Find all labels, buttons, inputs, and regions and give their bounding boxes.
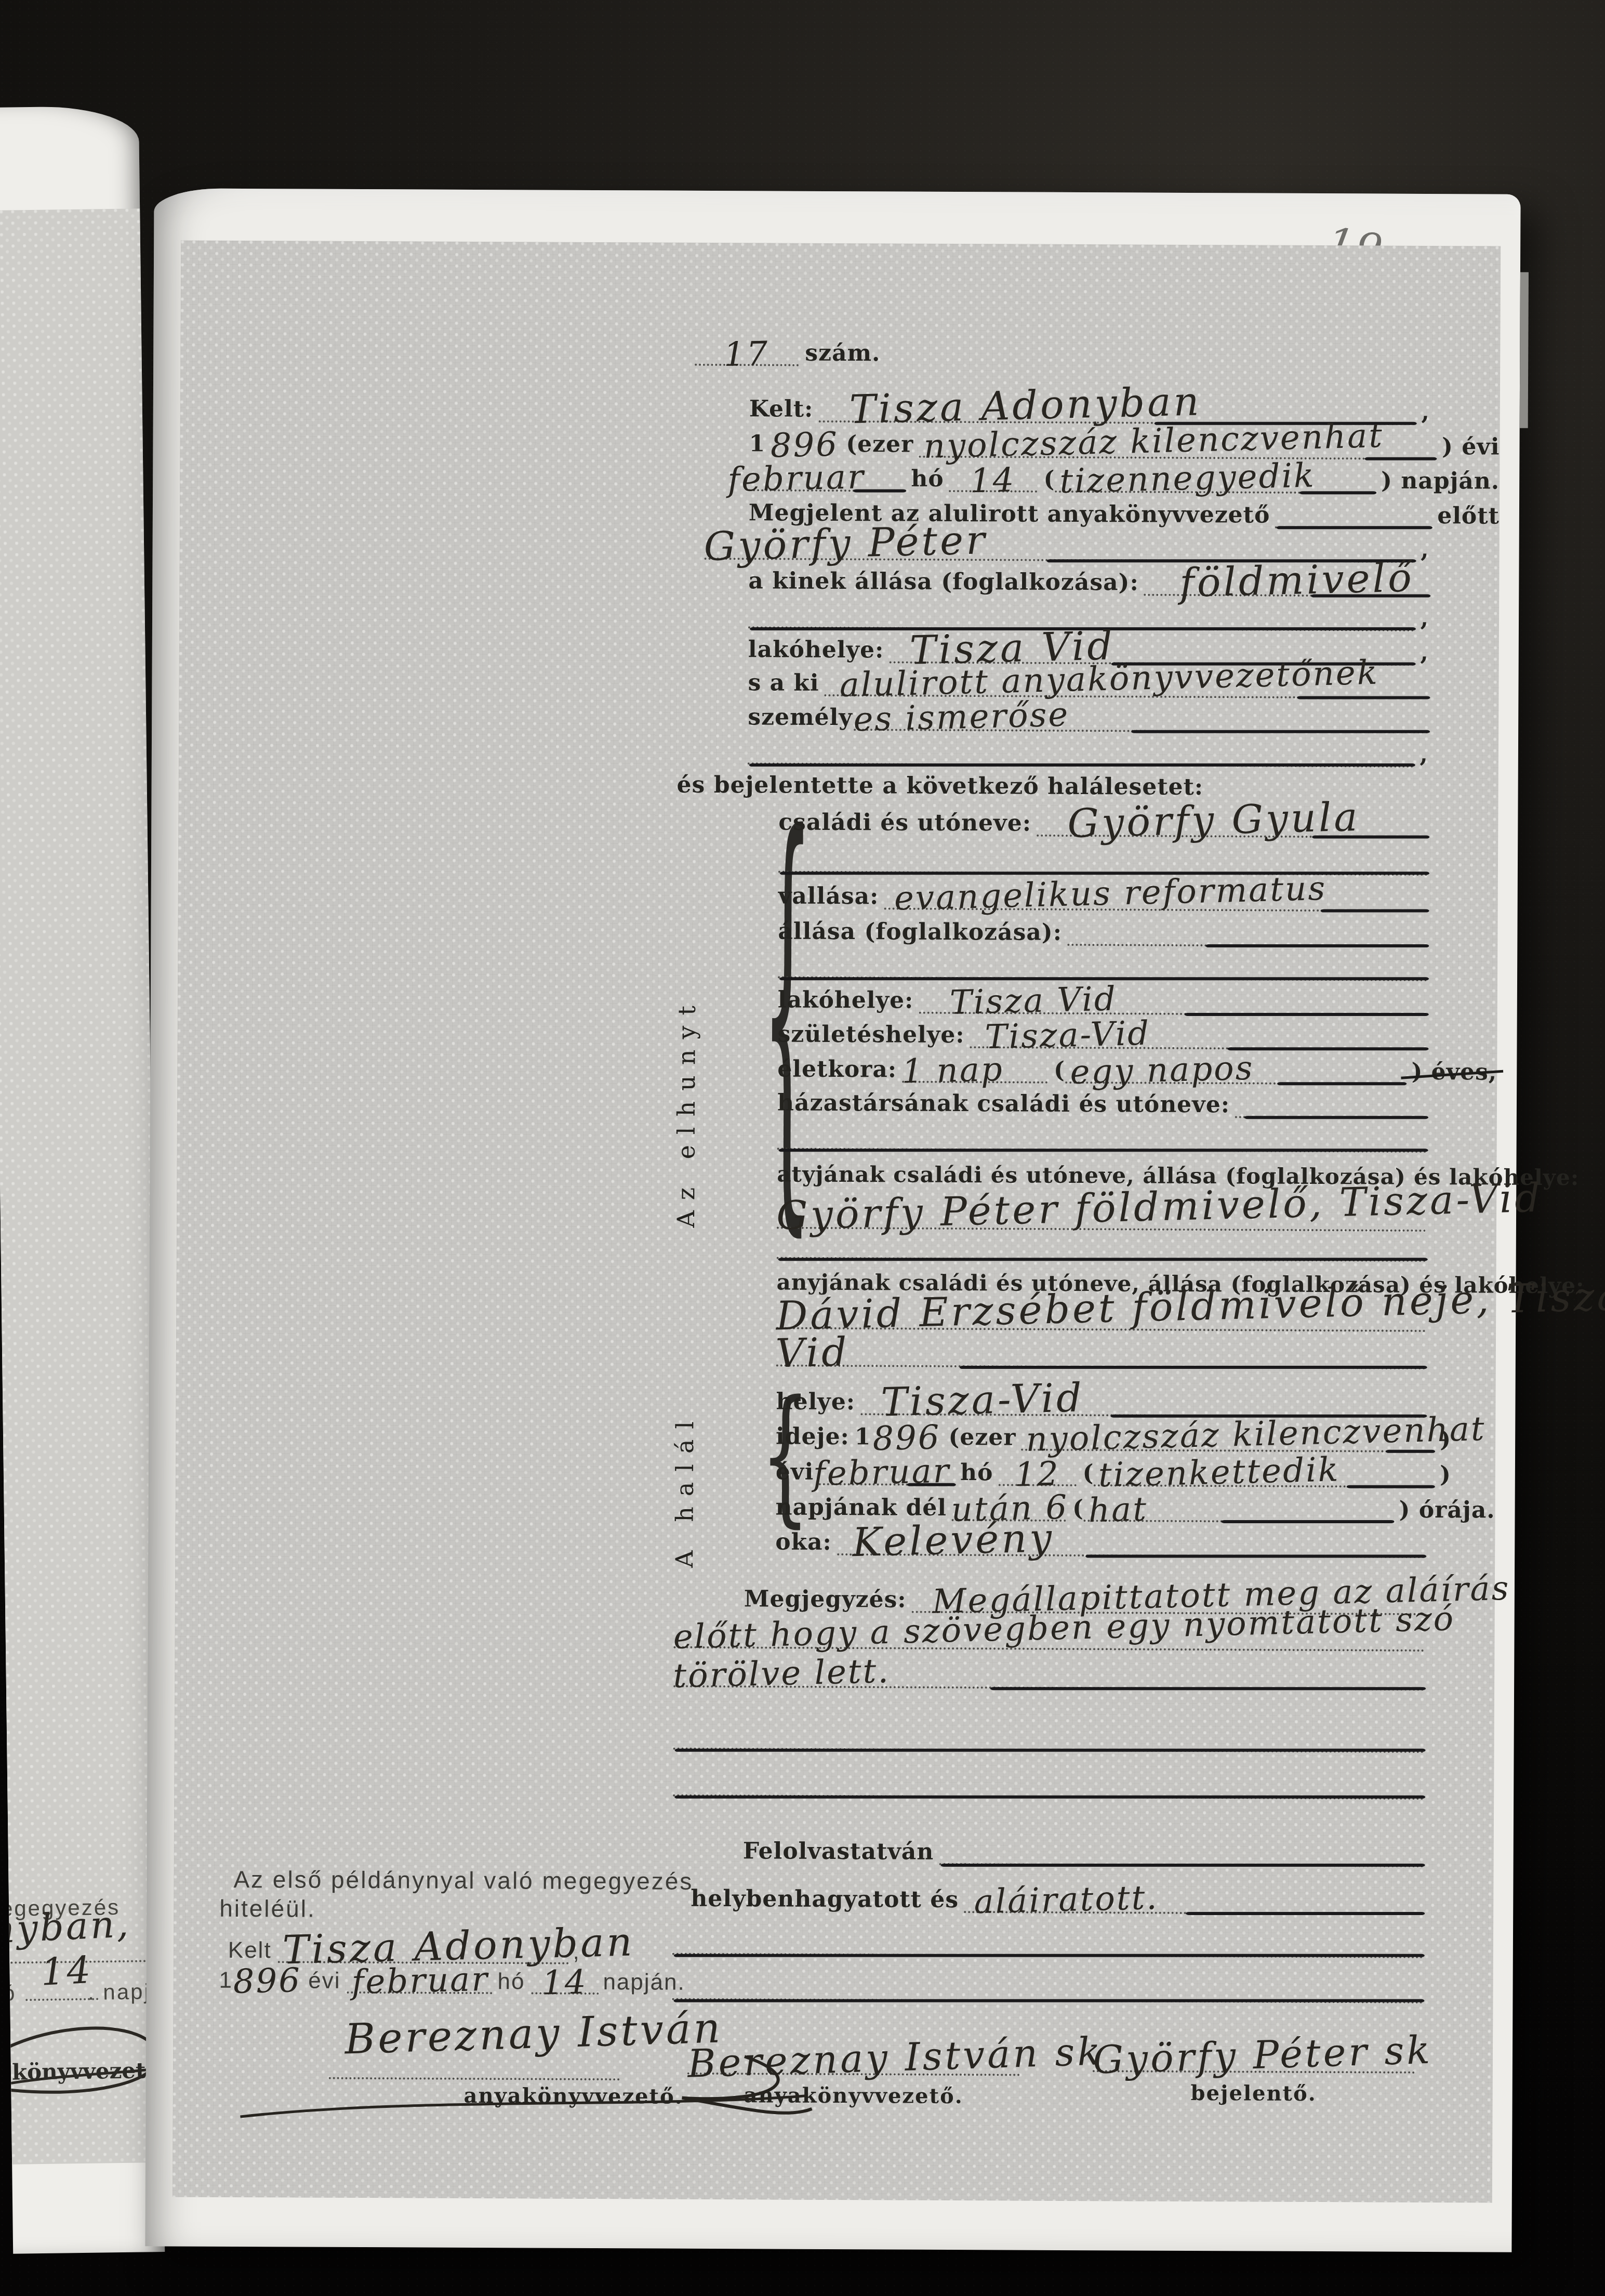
label-death-time: ideje: (776, 1424, 855, 1450)
field-row-age: életkora: 1 nap ( egy napos ) éves, (777, 1048, 1497, 1086)
label-oraja: ) órája. (1393, 1498, 1495, 1524)
label-felolvastatvan: Felolvastatván (743, 1839, 939, 1865)
line-death-year-words: nyolczszáz kilenczvenhat (1021, 1415, 1434, 1453)
hw-age-words: egy napos (1069, 1054, 1254, 1087)
blank-row-5 (777, 1116, 1427, 1153)
certify-hw-month: februar (351, 1965, 489, 1997)
field-row-death-year: ideje: 1 896 (ezer nyolczszáz kilenczven… (776, 1416, 1451, 1453)
label-death-day-close: ) (1434, 1463, 1451, 1488)
label-reporter-role: bejelentő. (1093, 2082, 1415, 2105)
line-occupation: földmivelő (1144, 560, 1429, 597)
label-residence: lakóhelye: (748, 638, 890, 663)
label-evi-close: ) évi (1436, 435, 1500, 460)
label-death-ho: hó (954, 1461, 999, 1486)
line-death-hour-words: hat (1084, 1485, 1393, 1523)
hw-day-words: tizennegyedik (1059, 461, 1316, 496)
blank-line-3 (778, 837, 1428, 876)
hw-saki: alulirott anyakönyvvezetőnek (839, 658, 1379, 700)
hw-death-day-words: tizenkettedik (1098, 1456, 1340, 1489)
field-row-religion: vallása: evangelikus reformatus (778, 875, 1428, 912)
field-row-deceased-name: családi és utóneve: Györfy Gyula (778, 801, 1428, 838)
certify-line-day: 14 (531, 1958, 599, 1995)
hw-signature-reporter: Györfy Péter sk (1092, 2033, 1433, 2078)
line-day-words: tizennegyedik (1055, 456, 1375, 494)
hw-alairatott: aláiratott. (974, 1883, 1159, 1916)
certify-label-ho: hó (492, 1970, 531, 1994)
row-mother-value-1: Dávid Erzsébet földmivelő neje, Tisza (776, 1295, 1426, 1332)
label-ezer: (ezer (839, 432, 919, 458)
hw-month: februar (727, 463, 865, 495)
side-label-halal: A halál (672, 1411, 697, 1568)
label-cause: oka: (775, 1530, 837, 1555)
line-deceased-name: Györfy Gyula (1037, 800, 1428, 838)
label-remark: Megjegyzés: (744, 1587, 912, 1613)
form-area: 17 szám. Kelt: Tisza Adonyban , 1 896 (e… (173, 241, 1501, 2203)
field-row-record-number: 17 szám. (695, 332, 954, 367)
blank-row-8 (673, 1762, 1424, 1800)
line-remark-3: törölve lett. (673, 1651, 1424, 1691)
field-row-death-cause: oka: Kelevény (775, 1521, 1425, 1558)
label-saki: s a ki (748, 671, 824, 696)
certify-hw-year: 896 (233, 1967, 302, 1996)
field-row-death-place: helye: Tisza-Vid (776, 1381, 1425, 1418)
line-deceased-occupation (1067, 909, 1428, 947)
label-religion: vallása: (778, 884, 884, 909)
blank-line-6 (777, 1223, 1426, 1262)
residence-comma: , (1414, 641, 1429, 666)
line-month: februar (749, 455, 905, 492)
field-row-saki: s a ki alulirott anyakönyvvezetőnek (748, 662, 1428, 699)
label-death-ezer: (ezer (941, 1426, 1021, 1451)
blank-line-2 (748, 728, 1414, 768)
label-eves-struck: ) éves, (1405, 1060, 1497, 1086)
blank-row-7 (673, 1716, 1424, 1753)
field-row-birthplace: születéshelye: Tisza-Vid (777, 1013, 1427, 1050)
line-age-words: egy napos (1065, 1047, 1405, 1085)
field-row-year: 1 896 (ezer nyolczszáz kilenczvenhat ) é… (749, 423, 1500, 460)
hw-kelt-place: Tisza Adonyban (849, 385, 1202, 427)
certify-role-label: anyakönyvvezető. (464, 2086, 683, 2107)
label-age-open-paren: ( (1047, 1059, 1065, 1084)
label-death-day-open: ( (1076, 1461, 1094, 1486)
certify-row-date: 1 896 évi februar hó 14 napján. (219, 1959, 687, 1995)
hw-reporter-name: Györfy Péter (704, 523, 988, 563)
line-age: 1 nap (902, 1047, 1047, 1084)
line-spouse (1235, 1081, 1427, 1119)
previous-page-pattern (0, 208, 164, 2164)
hw-deceased-name: Györfy Gyula (1067, 800, 1360, 841)
label-ho: hó (905, 467, 949, 492)
field-row-deceased-occupation: állása (foglalkozása): (778, 911, 1427, 947)
field-row-spouse: házastársának családi és utóneve: (777, 1082, 1427, 1119)
label-elott: előtt (1431, 504, 1500, 530)
line-death-day: 12 (998, 1449, 1076, 1486)
label-szam: szám. (799, 341, 880, 367)
label-hour-open: ( (1066, 1497, 1084, 1522)
hw-remark-3: törölve lett. (673, 1657, 891, 1690)
blank1-comma: , (1414, 606, 1429, 631)
label-birthplace: születéshelye: (777, 1022, 970, 1048)
label-deceased-name: családi és utóneve: (778, 810, 1037, 836)
line-cause: Kelevény (837, 1519, 1425, 1558)
label-kelt: Kelt: (749, 397, 819, 423)
line-remark-2: előtt hogy a szövegben egy nyomtatott sz… (673, 1612, 1424, 1652)
label-day-open-paren: ( (1037, 468, 1055, 493)
certify-label-evi: évi (302, 1970, 347, 1994)
blank-row-2: , (748, 730, 1428, 768)
prev-hw-day: 14 (40, 1953, 94, 1989)
line-saki: alulirott anyakönyvvezetőnek (825, 660, 1429, 699)
row-remark-2: előtt hogy a szövegben egy nyomtatott sz… (673, 1614, 1424, 1652)
certify-label-napjan: napján. (599, 1971, 692, 1995)
hw-religion: evangelikus reformatus (894, 875, 1327, 913)
row-remark-3: törölve lett. (673, 1653, 1424, 1691)
label-death-year-prefix: 1 (855, 1425, 873, 1450)
registry-page: 19 17 szám. Kelt: Tisza Adonyban , 1 896… (145, 188, 1520, 2252)
line-mother-2: Vid (776, 1330, 1426, 1369)
kelt-comma: , (1415, 400, 1430, 425)
hw-record-number: 17 (723, 340, 770, 369)
certify-line-2: hiteléül. (219, 1896, 316, 1921)
label-death-place: helye: (776, 1390, 860, 1415)
label-announcement: és bejelentette a következő halálesetet: (677, 773, 1209, 800)
line-szemely: es ismerőse (854, 694, 1429, 733)
field-row-month-day: februar hó 14 ( tizennegyedik ) napján. (749, 457, 1500, 494)
blank-row-10 (672, 1966, 1423, 2003)
field-row-occupation: a kinek állása (foglalkozása): földmivel… (748, 560, 1429, 597)
label-year-prefix: 1 (749, 432, 771, 457)
line-death-place: Tisza-Vid (860, 1379, 1426, 1418)
hw-death-year-words: nyolczszáz kilenczvenhat (1026, 1415, 1486, 1454)
blank-row-4 (778, 944, 1427, 981)
hw-death-place: Tisza-Vid (880, 1381, 1084, 1420)
line-mother-1: Dávid Erzsébet földmivelő neje, Tisza (776, 1293, 1426, 1332)
line-helybenhagyatott: aláiratott. (964, 1877, 1424, 1915)
line-megjelent (1275, 492, 1431, 529)
blank-line-4 (778, 942, 1427, 981)
signature-block-reporter: Györfy Péter sk bejelentő. (1093, 2037, 1415, 2104)
reporter-comma: , (1414, 538, 1429, 563)
line-death-day-words: tizenkettedik (1094, 1450, 1434, 1488)
hw-cause: Kelevény (852, 1521, 1054, 1560)
label-napjan-close: ) napján. (1375, 469, 1500, 494)
blank-row-9 (672, 1921, 1423, 1958)
hw-death-month: februar (813, 1457, 951, 1488)
certify-hw-day: 14 (541, 1968, 588, 1997)
label-helybenhagyatott: helybenhagyatott és (691, 1887, 964, 1913)
label-szemely: személy (748, 705, 854, 731)
hw-mother-2: Vid (775, 1336, 850, 1371)
prev-role-text: könyvvezető. (12, 2060, 165, 2083)
line-felolvastatvan (939, 1829, 1424, 1867)
row-helybenhagyatott: helybenhagyatott és aláiratott. (691, 1878, 1423, 1915)
prev-hw-place: nyban, (0, 1907, 131, 1947)
line-record-number: 17 (695, 329, 799, 366)
blank-row-6 (777, 1225, 1426, 1262)
row-mother-value-2: Vid (776, 1332, 1426, 1369)
blank-line-10 (672, 1964, 1423, 2003)
line-year-words: nyolczszáz kilenczvenhat (919, 421, 1436, 460)
certify-year-prefix: 1 (219, 1969, 234, 1993)
blank-line-8 (673, 1760, 1424, 1800)
hw-year-words: nyolczszáz kilenczvenhat (923, 422, 1384, 461)
blank-line-9 (672, 1919, 1423, 1958)
blank2-comma: , (1413, 743, 1428, 768)
hw-day: 14 (970, 466, 1016, 495)
field-row-deceased-residence: lakóhelye: Tisza Vid (778, 979, 1427, 1016)
hw-age: 1 nap (901, 1055, 1004, 1086)
blank-row-3 (778, 839, 1428, 876)
label-age: életkora: (777, 1057, 902, 1083)
label-deceased-residence: lakóhelye: (778, 988, 919, 1013)
line-day: 14 (949, 456, 1037, 493)
field-row-szemely: személy es ismerőse (748, 696, 1428, 733)
certify-line-1: Az első példánynyal való megegyezés (233, 1867, 693, 1893)
blank-line-7 (673, 1713, 1424, 1753)
page-edge-strip (1520, 272, 1529, 428)
row-felolvastatvan: Felolvastatván (743, 1830, 1424, 1867)
certify-line-month: februar (347, 1957, 492, 1994)
blank-line-5 (777, 1114, 1427, 1153)
side-label-elhunyt: Az elhunyt (674, 995, 699, 1228)
line-deceased-residence: Tisza Vid (919, 978, 1427, 1016)
line-religion: evangelikus reformatus (884, 873, 1428, 912)
field-row-death-month-day: évi februar hó 12 ( tizenkettedik ) (776, 1451, 1451, 1488)
line-death-month: februar (819, 1449, 954, 1486)
line-birthplace: Tisza-Vid (970, 1012, 1427, 1050)
previous-page-edge: megegyezés nyban, ó 14 . napján. könyvve… (0, 105, 165, 2253)
